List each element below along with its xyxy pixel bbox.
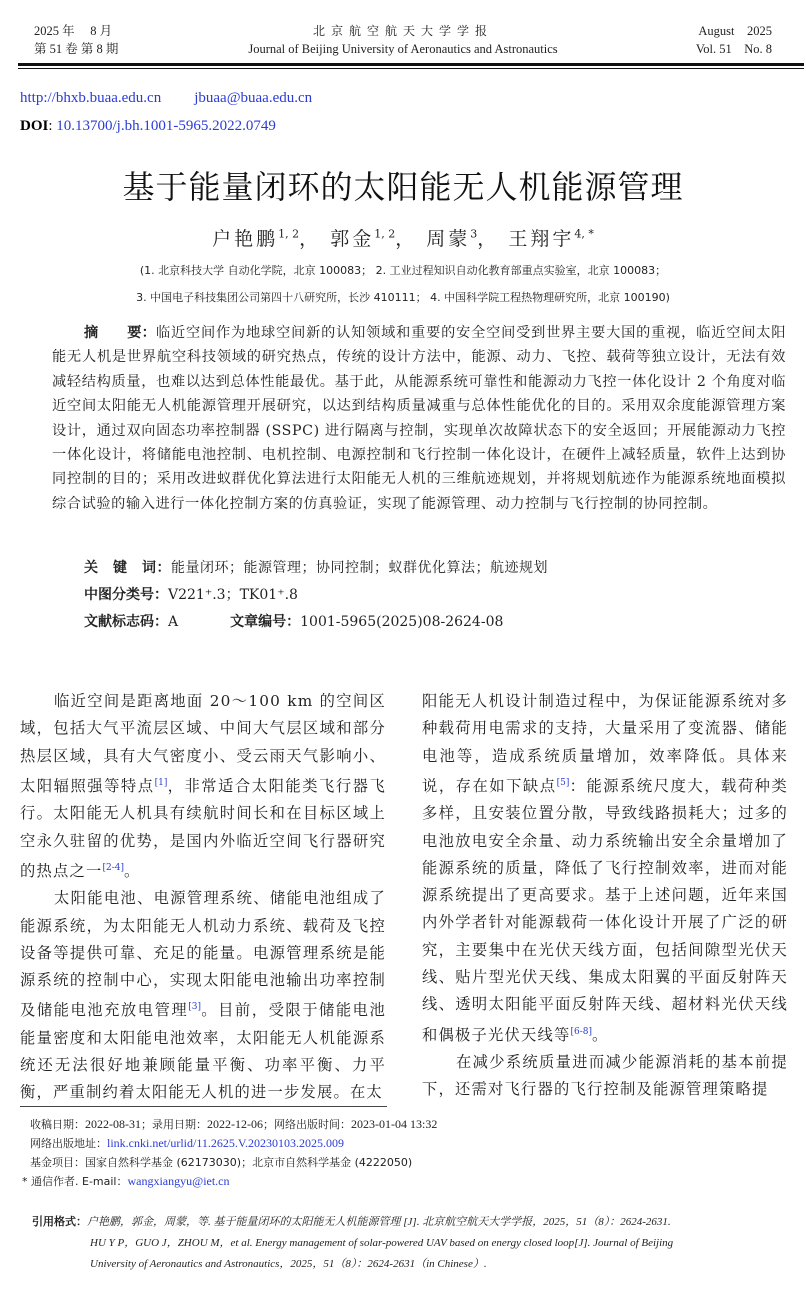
website-link[interactable]: http://bhxb.buaa.edu.cn — [20, 90, 161, 106]
citation-ref-link[interactable]: [5] — [557, 778, 570, 788]
issue-date-en: August 2025 — [600, 22, 772, 40]
abstract: 摘 要：临近空间作为地球空间新的认知领域和重要的安全空间受到世界主要大国的重视，… — [52, 321, 786, 516]
keywords: 关 键 词：能量闭环；能源管理；协同控制；蚁群优化算法；航迹规划 — [84, 557, 548, 577]
author-name: 户艳鹏 — [212, 228, 278, 250]
citation-en-line-2: University of Aeronautics and Astronauti… — [32, 1254, 792, 1275]
body-column-left: 临近空间是距离地面 20～100 km 的空间区域，包括大气平流层区域、中间大气… — [20, 688, 386, 1107]
footnote-rule — [20, 1106, 387, 1107]
paragraph: 在减少系统质量进而减少能源消耗的基本前提下，还需对飞行器的飞行控制及能源管理策略… — [422, 1049, 788, 1104]
doc-code-label: 文献标志码： — [84, 614, 168, 630]
footnote-dates: 收稿日期：2022-08-31；录用日期：2022-12-06；网络出版时间：2… — [30, 1115, 437, 1135]
keywords-value: 能量闭环；能源管理；协同控制；蚁群优化算法；航迹规划 — [171, 560, 548, 576]
abstract-label: 摘 要： — [84, 325, 156, 341]
citation-ref-link[interactable]: [3] — [188, 1002, 201, 1012]
author-affiliation-sup: 1, 2 — [374, 228, 395, 241]
citation-en-line-1: HU Y P，GUO J，ZHOU M，et al. Energy manage… — [32, 1233, 792, 1254]
author-name: 郭金 — [330, 228, 374, 250]
article-number-label: 文章编号： — [230, 614, 300, 630]
journal-name: 北京航空航天大学学报 Journal of Beijing University… — [200, 22, 606, 58]
citation-ref-link[interactable]: [6-8] — [570, 1027, 592, 1037]
email-link[interactable]: jbuaa@buaa.edu.cn — [194, 90, 312, 106]
citation-cn: 户艳鹏，郭金，周蒙，等. 基于能量闭环的太阳能无人机能源管理 [J]. 北京航空… — [87, 1216, 671, 1228]
citation-ref-link[interactable]: [2-4] — [103, 863, 125, 873]
doi-line: DOI: 10.13700/j.bh.1001-5965.2022.0749 — [20, 118, 276, 135]
journal-issue-en: August 2025 Vol. 51 No. 8 — [600, 22, 772, 58]
author-list: 户艳鹏1, 2， 郭金1, 2， 周蒙3， 王翔宇4, * — [0, 224, 806, 251]
body-column-right: 阳能无人机设计制造过程中，为保证能源系统对多种载荷用电需求的支持，大量采用了变流… — [422, 688, 788, 1104]
paragraph: 太阳能电池、电源管理系统、储能电池组成了能源系统，为太阳能无人机动力系统、载荷及… — [20, 885, 386, 1106]
paper-title: 基于能量闭环的太阳能无人机能源管理 — [0, 162, 806, 208]
keywords-label: 关 键 词： — [84, 560, 171, 576]
paragraph: 临近空间是距离地面 20～100 km 的空间区域，包括大气平流层区域、中间大气… — [20, 688, 386, 885]
affiliations-line-1: (1. 北京科技大学 自动化学院，北京 100083； 2. 工业过程知识自动化… — [0, 262, 806, 278]
doc-code-value: A — [168, 614, 178, 630]
author-name: 王翔宇 — [508, 228, 574, 250]
footnote-fund: 基金项目：国家自然科学基金 (62173030)；北京市自然科学基金 (4222… — [30, 1153, 412, 1173]
doi-link[interactable]: 10.13700/j.bh.1001-5965.2022.0749 — [56, 118, 276, 134]
article-number-value: 1001-5965(2025)08-2624-08 — [300, 614, 503, 630]
author-affiliation-sup: 1, 2 — [278, 228, 299, 241]
fund-value: 国家自然科学基金 (62173030)；北京市自然科学基金 (4222050) — [85, 1156, 412, 1169]
volume-issue-en: Vol. 51 No. 8 — [600, 40, 772, 58]
corresponding-email-link[interactable]: wangxiangyu@iet.cn — [127, 1174, 229, 1188]
citation-ref-link[interactable]: [1] — [155, 778, 168, 788]
clc-label: 中图分类号： — [84, 587, 168, 603]
clc-number: 中图分类号：V221⁺.3；TK01⁺.8 — [84, 584, 298, 604]
footnote-url: 网络出版地址：link.cnki.net/urlid/11.2625.V.202… — [30, 1134, 344, 1154]
footnote-corresponding: * 通信作者. E-mail：wangxiangyu@iet.cn — [22, 1172, 230, 1192]
paragraph: 阳能无人机设计制造过程中，为保证能源系统对多种载荷用电需求的支持，大量采用了变流… — [422, 688, 788, 1049]
author-name: 周蒙 — [426, 228, 470, 250]
abstract-text: 临近空间作为地球空间新的认知领域和重要的安全空间受到世界主要大国的重视，临近空间… — [52, 325, 786, 512]
citation-format: 引用格式：户艳鹏，郭金，周蒙，等. 基于能量闭环的太阳能无人机能源管理 [J].… — [32, 1211, 792, 1275]
affiliations-line-2: 3. 中国电子科技集团公司第四十八研究所，长沙 410111； 4. 中国科学院… — [0, 289, 806, 305]
journal-name-en: Journal of Beijing University of Aeronau… — [200, 40, 606, 58]
author-affiliation-sup: 4, * — [574, 228, 594, 241]
author-affiliation-sup: 3 — [470, 228, 477, 241]
journal-links: http://bhxb.buaa.edu.cnjbuaa@buaa.edu.cn — [20, 90, 312, 107]
doi-label: DOI — [20, 118, 48, 134]
clc-value: V221⁺.3；TK01⁺.8 — [168, 587, 298, 603]
header-rule-thick — [18, 63, 804, 66]
citation-label: 引用格式： — [32, 1215, 87, 1228]
journal-name-cn: 北京航空航天大学学报 — [200, 22, 606, 40]
header-rule-thin — [18, 68, 804, 69]
accepted-date: 2022-12-06 — [207, 1117, 263, 1131]
online-date: 2023-01-04 13:32 — [351, 1117, 437, 1131]
cnki-link[interactable]: link.cnki.net/urlid/11.2625.V.20230103.2… — [107, 1136, 344, 1150]
document-code: 文献标志码：A文章编号：1001-5965(2025)08-2624-08 — [84, 611, 503, 631]
received-date: 2022-08-31 — [85, 1117, 141, 1131]
